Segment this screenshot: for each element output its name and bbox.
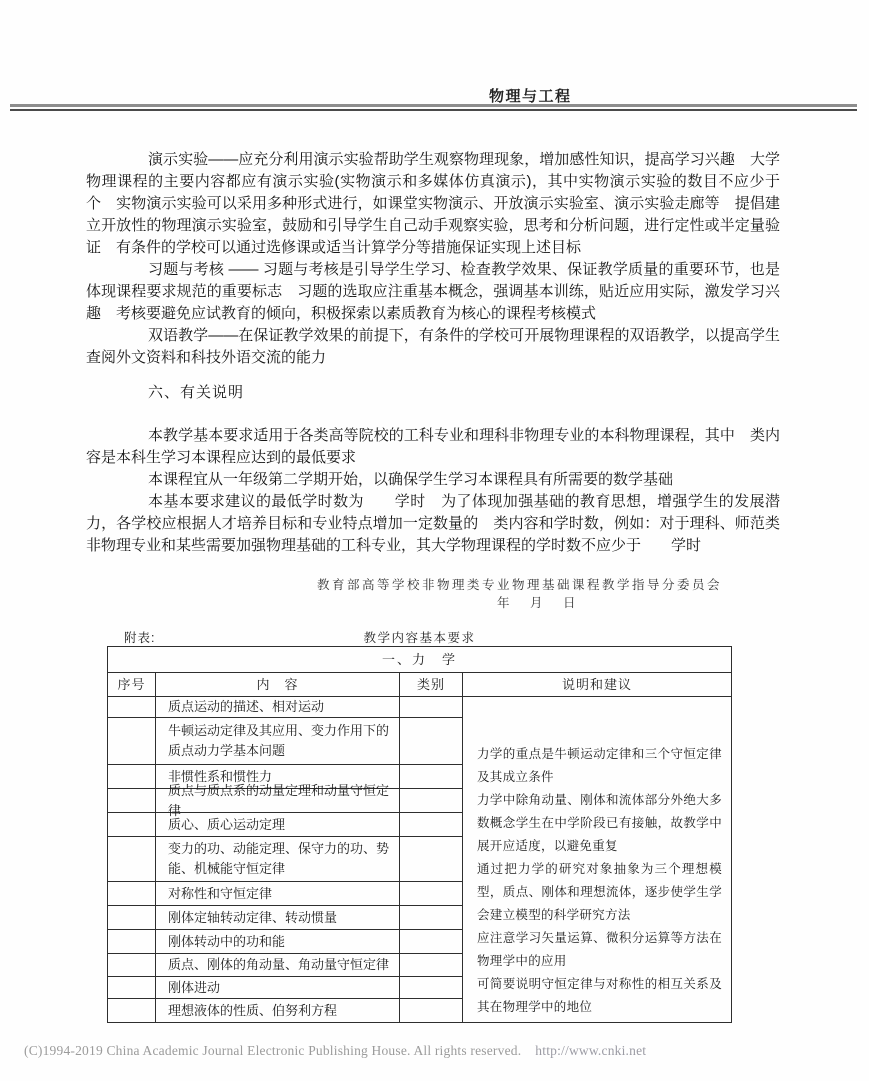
- serial-cell: [108, 999, 156, 1022]
- column-header-serial: 序号: [108, 673, 156, 696]
- page-footer: (C)1994-2019 China Academic Journal Elec…: [24, 1043, 844, 1059]
- content-cell: 质点运动的描述、相对运动: [156, 697, 400, 717]
- category-cell: [400, 977, 463, 998]
- table-row: 对称性和守恒定律: [108, 882, 463, 906]
- scanned-document-page: 物理与工程 演示实验——应充分利用演示实验帮助学生观察物理现象，增加感性知识，提…: [0, 0, 869, 1081]
- table-row: 质点、刚体的角动量、角动量守恒定律: [108, 954, 463, 977]
- column-header-content: 内 容: [156, 673, 400, 696]
- table-row: 刚体转动中的功和能: [108, 930, 463, 954]
- table-row: 质点与质点系的动量定理和动量守恒定律: [108, 789, 463, 813]
- content-cell: 刚体定轴转动定律、转动惯量: [156, 906, 400, 929]
- copyright-text: (C)1994-2019 China Academic Journal Elec…: [24, 1043, 521, 1058]
- column-header-remarks: 说明和建议: [463, 673, 731, 696]
- attribution-date-line: 年 月 日: [497, 593, 580, 611]
- content-cell: 牛顿运动定律及其应用、变力作用下的质点动力学基本问题: [156, 718, 400, 764]
- table-row: 牛顿运动定律及其应用、变力作用下的质点动力学基本问题: [108, 718, 463, 765]
- serial-cell: [108, 977, 156, 998]
- remarks-paragraph: 力学中除角动量、刚体和流体部分外绝大多数概念学生在中学阶段已有接触，故教学中展开…: [477, 789, 722, 858]
- serial-cell: [108, 930, 156, 953]
- paragraph-note-hours: 本基本要求建议的最低学时数为 学时 为了体现加强基础的教育思想，增强学生的发展潜…: [86, 491, 780, 557]
- rule-line-bottom: [10, 109, 857, 111]
- content-cell: 对称性和守恒定律: [156, 882, 400, 905]
- serial-cell: [108, 697, 156, 717]
- table-left-columns: 质点运动的描述、相对运动 牛顿运动定律及其应用、变力作用下的质点动力学基本问题 …: [108, 697, 463, 1022]
- content-cell: 质点与质点系的动量定理和动量守恒定律: [156, 789, 400, 812]
- appendix-table: 一、力 学 序号 内 容 类别 说明和建议 质点运动的描述、相对运动 牛顿运动定…: [107, 646, 732, 1023]
- content-cell: 理想液体的性质、伯努利方程: [156, 999, 400, 1022]
- table-row: 刚体进动: [108, 977, 463, 999]
- category-cell: [400, 930, 463, 953]
- footer-url: http://www.cnki.net: [535, 1043, 646, 1058]
- body-text-block: 演示实验——应充分利用演示实验帮助学生观察物理现象，增加感性知识，提高学习兴趣 …: [86, 149, 780, 557]
- serial-cell: [108, 906, 156, 929]
- paragraph-note-semester: 本课程宜从一年级第二学期开始，以确保学生学习本课程具有所需要的数学基础: [86, 469, 780, 491]
- column-header-category: 类别: [400, 673, 463, 696]
- table-row: 理想液体的性质、伯努利方程: [108, 999, 463, 1022]
- serial-cell: [108, 813, 156, 836]
- content-cell: 刚体进动: [156, 977, 400, 998]
- table-row: 变力的功、动能定理、保守力的功、势能、机械能守恒定律: [108, 837, 463, 882]
- serial-cell: [108, 954, 156, 976]
- category-cell: [400, 954, 463, 976]
- remarks-merged-cell: 力学的重点是牛顿运动定律和三个守恒定律及其成立条件 力学中除角动量、刚体和流体部…: [463, 697, 731, 1022]
- remarks-paragraph: 力学的重点是牛顿运动定律和三个守恒定律及其成立条件: [477, 743, 722, 789]
- table-row: 刚体定轴转动定律、转动惯量: [108, 906, 463, 930]
- table-header-row: 序号 内 容 类别 说明和建议: [108, 673, 731, 697]
- serial-cell: [108, 718, 156, 764]
- section-heading: 六、有关说明: [86, 382, 780, 404]
- serial-cell: [108, 789, 156, 812]
- category-cell: [400, 837, 463, 881]
- content-cell: 刚体转动中的功和能: [156, 930, 400, 953]
- appendix-title: 教学内容基本要求: [107, 628, 732, 646]
- paragraph-bilingual-teaching: 双语教学——在保证教学效果的前提下，有条件的学校可开展物理课程的双语教学，以提高…: [86, 325, 780, 369]
- remarks-paragraph: 应注意学习矢量运算、微积分运算等方法在物理学中的应用: [477, 927, 722, 973]
- category-cell: [400, 882, 463, 905]
- remarks-paragraph: 通过把力学的研究对象抽象为三个理想模型，质点、刚体和理想流体，逐步使学生学会建立…: [477, 858, 722, 927]
- category-cell: [400, 718, 463, 764]
- category-cell: [400, 697, 463, 717]
- table-section-title: 一、力 学: [108, 647, 731, 673]
- serial-cell: [108, 765, 156, 788]
- content-cell: 质点、刚体的角动量、角动量守恒定律: [156, 954, 400, 976]
- remarks-paragraph: 可简要说明守恒定律与对称性的相互关系及其在物理学中的地位: [477, 973, 722, 1019]
- content-cell: 质心、质心运动定理: [156, 813, 400, 836]
- paragraph-exercises-assessment: 习题与考核 —— 习题与考核是引导学生学习、检查教学效果、保证教学质量的重要环节…: [86, 259, 780, 325]
- attribution-committee: 教育部高等学校非物理类专业物理基础课程教学指导分委员会: [317, 575, 722, 593]
- header-double-rule: [10, 104, 857, 111]
- category-cell: [400, 999, 463, 1022]
- journal-title: 物理与工程: [489, 85, 572, 106]
- category-cell: [400, 789, 463, 812]
- category-cell: [400, 813, 463, 836]
- table-row: 质心、质心运动定理: [108, 813, 463, 837]
- category-cell: [400, 765, 463, 788]
- serial-cell: [108, 882, 156, 905]
- serial-cell: [108, 837, 156, 881]
- category-cell: [400, 906, 463, 929]
- paragraph-note-scope: 本教学基本要求适用于各类高等院校的工科专业和理科非物理专业的本科物理课程，其中 …: [86, 425, 780, 469]
- paragraph-demo-experiments: 演示实验——应充分利用演示实验帮助学生观察物理现象，增加感性知识，提高学习兴趣 …: [86, 149, 780, 259]
- table-body: 质点运动的描述、相对运动 牛顿运动定律及其应用、变力作用下的质点动力学基本问题 …: [108, 697, 731, 1022]
- content-cell: 变力的功、动能定理、保守力的功、势能、机械能守恒定律: [156, 837, 400, 881]
- table-row: 质点运动的描述、相对运动: [108, 697, 463, 718]
